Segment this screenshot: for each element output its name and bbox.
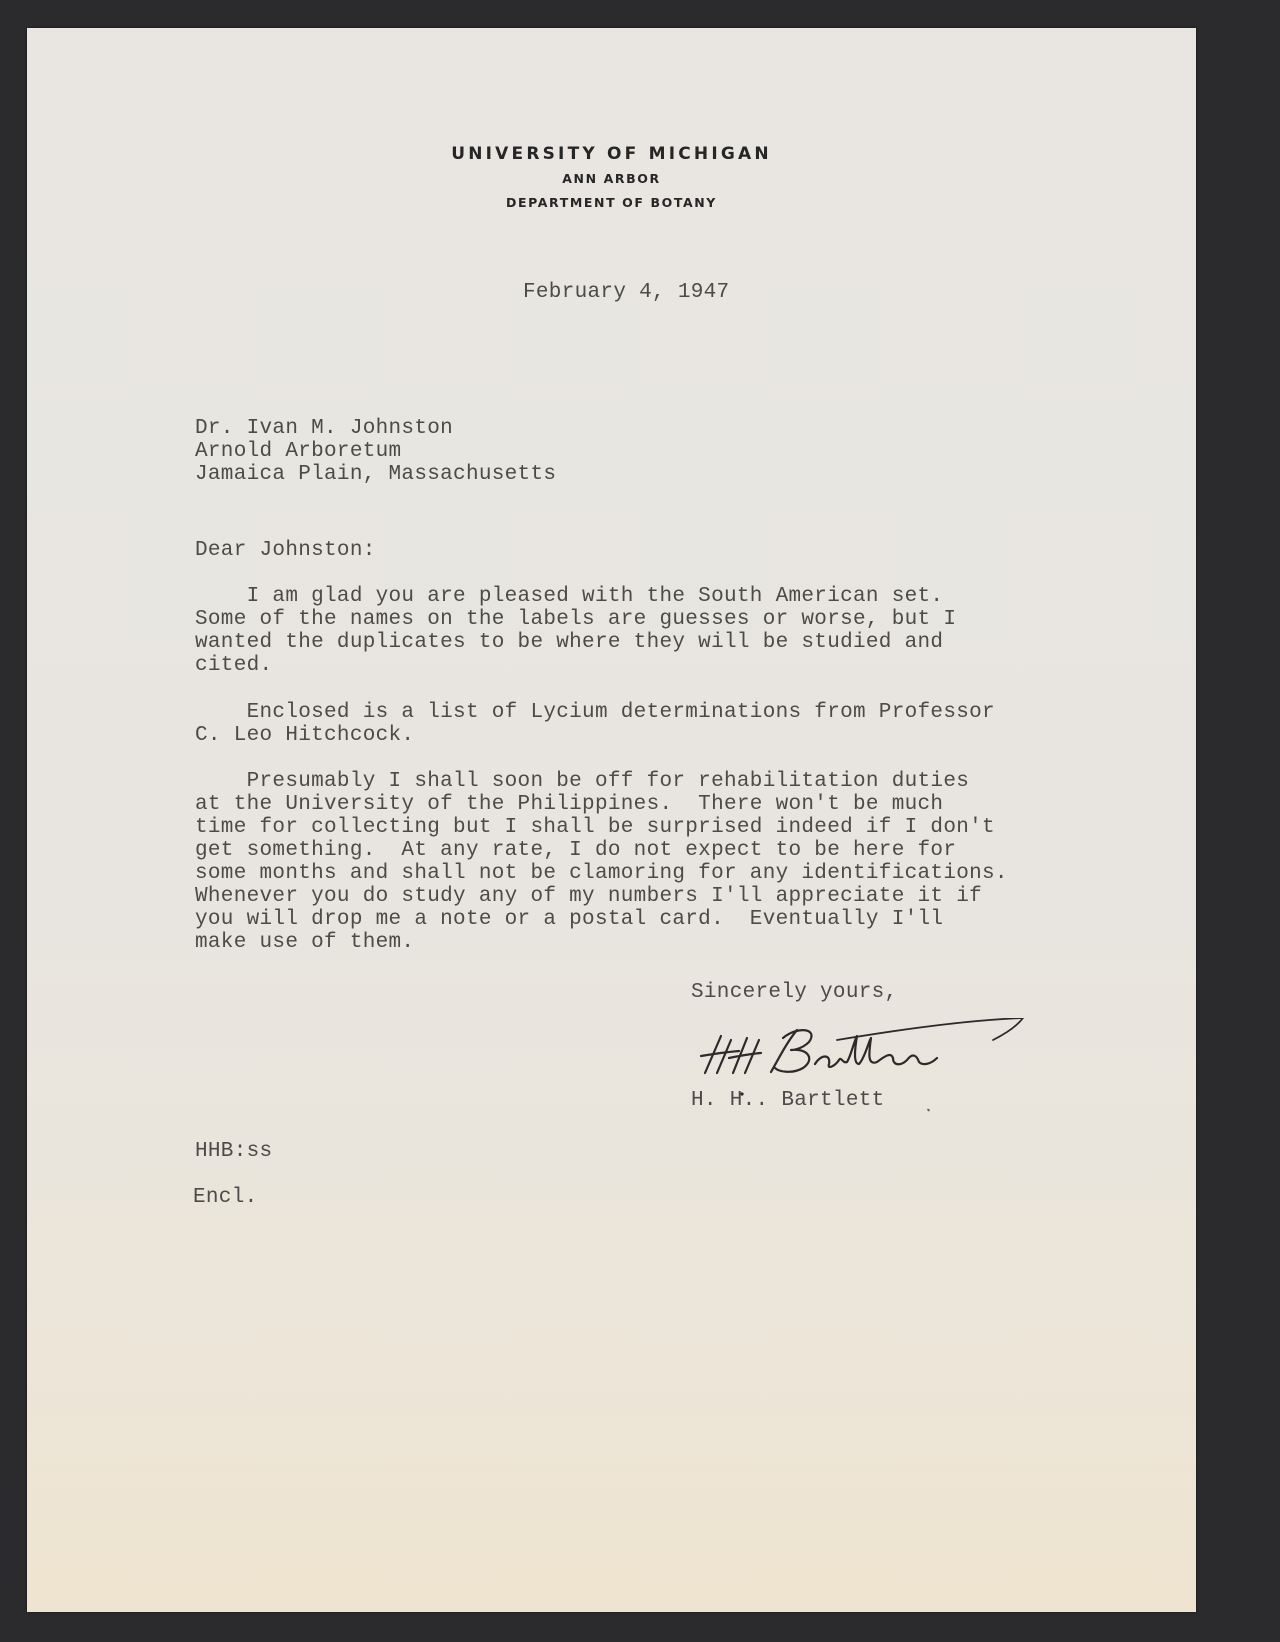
- salutation: Dear Johnston:: [195, 539, 376, 562]
- recipient-name: Dr. Ivan M. Johnston: [195, 417, 453, 440]
- body-paragraph-1: I am glad you are pleased with the South…: [195, 585, 956, 677]
- typed-signer-name: H. H.. Bartlett: [691, 1089, 885, 1112]
- complimentary-close: Sincerely yours,: [691, 981, 897, 1004]
- ink-speck: [927, 1108, 931, 1111]
- letterhead-institution: UNIVERSITY OF MICHIGAN: [27, 144, 1196, 164]
- letter-page: UNIVERSITY OF MICHIGAN ANN ARBOR DEPARTM…: [27, 28, 1196, 1612]
- recipient-location: Jamaica Plain, Massachusetts: [195, 463, 556, 486]
- enclosure-note: Encl.: [193, 1186, 258, 1209]
- recipient-organization: Arnold Arboretum: [195, 440, 401, 463]
- reference-initials: HHB:ss: [195, 1140, 272, 1163]
- body-paragraph-3: Presumably I shall soon be off for rehab…: [195, 770, 1008, 954]
- letterhead-city: ANN ARBOR: [27, 171, 1196, 186]
- letter-date: February 4, 1947: [523, 281, 729, 304]
- letterhead-department: DEPARTMENT OF BOTANY: [27, 195, 1196, 210]
- body-paragraph-2: Enclosed is a list of Lycium determinati…: [195, 701, 995, 747]
- recipient-address: Dr. Ivan M. Johnston Arnold Arboretum Ja…: [195, 417, 556, 486]
- handwritten-signature: [687, 1018, 1047, 1098]
